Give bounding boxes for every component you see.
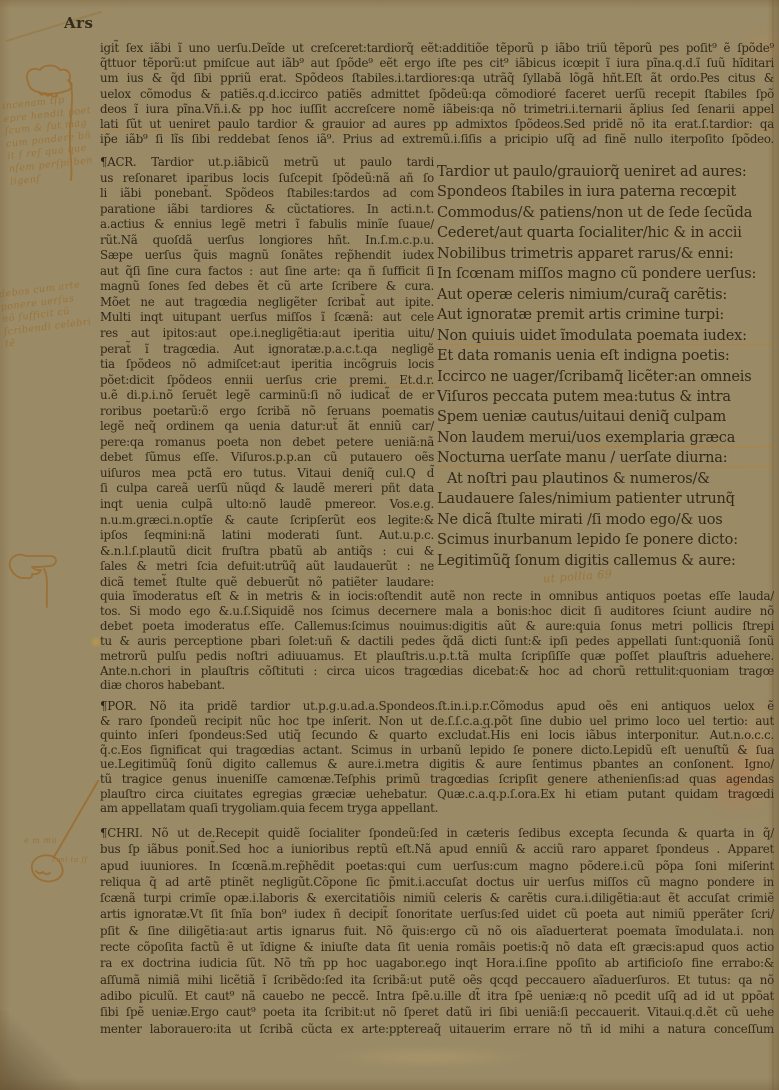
printed-text-line: adibo piculũ. Et caut⁹ nã cauebo ne pecc… bbox=[100, 988, 774, 1004]
printed-text-line: roribus poetarũ:õ ergo ſcribã nõ ſeruans… bbox=[100, 404, 434, 420]
commentary-continuation: quia ĩmoderatus eſt & in metris & in ioc… bbox=[100, 589, 774, 693]
printed-text-line: ¶ACR. Tardior ut.p.iãbicũ metrũ ut paulo… bbox=[100, 155, 434, 171]
commentary-left-column: ¶ACR. Tardior ut.p.iãbicũ metrũ ut paulo… bbox=[100, 155, 434, 590]
printed-text-line: pere:qa romanus poeta non debet petere u… bbox=[100, 435, 434, 451]
verse-line: Spondeos ſtabiles in iura paterna recœpi… bbox=[437, 182, 775, 202]
printed-text-line: & raro ſpondeũ recipit nũc hoc tpe inſer… bbox=[100, 714, 774, 729]
manicule-icon bbox=[22, 62, 82, 187]
printed-text-line: um ius & q̃d ſibi ppriũ erat. Spõdeos ſt… bbox=[100, 71, 774, 86]
verse-column: Tardior ut paulo/grauiorq̃ ueniret ad au… bbox=[437, 162, 775, 571]
printed-text-line: debet ſũmus eſſe. Viſuros.p.p.an cũ puta… bbox=[100, 450, 434, 466]
printed-text-line: ue.Legitimũq̃ ſonũ digito callemus & aur… bbox=[100, 757, 774, 772]
printed-text-line: pſit & ſine diligẽtia:aut artis ignarus … bbox=[100, 923, 774, 939]
printed-text-line: recte cõpoſita factũ ẽ ut ĩdigne & iniuſ… bbox=[100, 939, 774, 955]
printed-text-line: res aut ipitos:aut ope.i.negligẽtia:aut … bbox=[100, 326, 434, 342]
printed-text-line: igit̃ ſex iãbi ĩ uno uerſu.Deĩde ut creſ… bbox=[100, 41, 774, 56]
verse-line: Ne dicã ſtulte mirati /ſi modo ego/& uos bbox=[437, 510, 775, 530]
printed-text-line: paratione iãbi tardiores & cũctatiores. … bbox=[100, 202, 434, 218]
printed-text-line: põet:dicit ſpõdeos ennii uerſus crie pre… bbox=[100, 373, 434, 389]
printed-text-line: &.n.l.ſ.plautũ dicit fruſtra pbatũ ab an… bbox=[100, 544, 434, 560]
verse-line: At noſtri pau plautinos & numeros/& bbox=[437, 469, 775, 489]
verse-line: In ſcœnam miſſos magno cũ pondere uerſus… bbox=[437, 264, 775, 284]
printed-text-line: plauſtro circa ciuitates egregias græciæ… bbox=[100, 787, 774, 802]
printed-text-line: q̃ttuor tẽporũ:ut pmiſcue aut iãb⁹ aut ſ… bbox=[100, 56, 774, 71]
printed-text-line: ip̃e iãb⁹ ſi lĩs ſibi reddebat ſenos iã⁹… bbox=[100, 132, 774, 147]
printed-text-line: tia ſpõdeos nõ admiſcet:aut iperitia inc… bbox=[100, 357, 434, 373]
verse-line: Laudauere ſales/nimium patienter utrunq̃ bbox=[437, 489, 775, 509]
printed-text-line: Mõet ne aut tragœdia negligẽter ſcribat̃… bbox=[100, 295, 434, 311]
verse-line: Commodus/& patiens/non ut de ſede ſecũda bbox=[437, 203, 775, 223]
printed-text-line: tos. Si modo ego &.u.ſ.Siquidẽ nos ſcimu… bbox=[100, 604, 774, 619]
printed-text-line: lati ſũt ut ueniret paulo tardior & grau… bbox=[100, 117, 774, 132]
printed-text-line: ra ex doctrina iudicia ſũt. Nõ tm̃ pp ho… bbox=[100, 955, 774, 971]
verse-line: Cederet/aut quarta ſocialiter/hic & in a… bbox=[437, 223, 775, 243]
printed-text-line: perat̃ ĩ tragœdia. Aut ignoratæ.p.a.c.t.… bbox=[100, 342, 434, 358]
printed-text-line: ipſos ſeqmini:nã latini moderati ſunt. A… bbox=[100, 528, 434, 544]
printed-text-line: reliqua q̃ ad artẽ ptinẽt negligũt.Cõpon… bbox=[100, 874, 774, 890]
printed-text-line: legẽ neq̃ ordinem qa uenia datur:ut̃ ãt … bbox=[100, 419, 434, 435]
verse-line: Nocturna uerſate manu / uerſate diurna: bbox=[437, 448, 775, 468]
printed-text-line: debet poeta imoderatus eſſe. Callemus:ſc… bbox=[100, 619, 774, 634]
printed-text-line: uelox cõmodus & patiẽs.q.d.iccirco patiẽ… bbox=[100, 87, 774, 102]
printed-text-line: metrorũ pulſu pedis noſtri adiuuamus. Et… bbox=[100, 649, 774, 664]
printed-text-line: ¶CHRI. Nõ ut de.Recepit quidẽ ſocialiter… bbox=[100, 825, 774, 841]
printed-text-line: ſcænã turpi crimĩe opæ.i.laboris & exerc… bbox=[100, 890, 774, 906]
printed-text-line: Ante.n.chori in plauſtris cõſtituti : ci… bbox=[100, 664, 774, 679]
verse-line: Spem ueniæ cautus/uitaui deniq̃ culpam bbox=[437, 407, 775, 427]
verse-line: Tardior ut paulo/grauiorq̃ ueniret ad au… bbox=[437, 162, 775, 182]
paragraph-chri: ¶CHRI. Nõ ut de.Recepit quidẽ ſocialiter… bbox=[100, 825, 774, 1037]
printed-text-line: menter laborauero:ita ut ſcribã cũcta ex… bbox=[100, 1021, 774, 1037]
printed-text-line: uiſuros mea pctã ero tutus. Vitaui deniq… bbox=[100, 466, 434, 482]
verse-line: Iccirco ne uager/ſcribamq̃ licẽter:an om… bbox=[437, 367, 775, 387]
verse-line: Aut operæ celeris nimium/curaq̃ carẽtis: bbox=[437, 285, 775, 305]
intro-paragraph: igit̃ ſex iãbi ĩ uno uerſu.Deĩde ut creſ… bbox=[100, 41, 774, 147]
printed-text-line: artis ignoratæ.Vt ſit ſnĩa bon⁹ iudex ñ … bbox=[100, 906, 774, 922]
printed-text-line: bus ſp iãbus ponit̃.Sed hoc a iunioribus… bbox=[100, 841, 774, 857]
verse-line: Scimus inurbanum lepido ſe ponere dicto: bbox=[437, 530, 775, 550]
printed-text-line: tũ tragice genus inueniſſe camœnæ.Teſphi… bbox=[100, 772, 774, 787]
printed-text-line: u.ẽ di.p.i.nõ ſeruẽt legẽ carminũ:ſi nõ … bbox=[100, 388, 434, 404]
verse-line: Viſuros peccata putem mea:tutus & intra bbox=[437, 387, 775, 407]
printed-text-line: Sæpe uerſus q̃uis magnũ ſonãtes rep̃hend… bbox=[100, 248, 434, 264]
printed-text-line: n.u.m.græci.n.optĩe & caute ſcripſerũt e… bbox=[100, 513, 434, 529]
printed-text-line: am appellatam quaſi trygoliam.quia fecem… bbox=[100, 801, 774, 816]
printed-text-line: quia ĩmoderatus eſt & in metris & in ioc… bbox=[100, 589, 774, 604]
verse-line: Non quiuis uidet ĩmodulata poemata iudex… bbox=[437, 326, 775, 346]
verse-line: Aut ignoratæ premit artis crimine turpi: bbox=[437, 305, 775, 325]
printed-text-line: apud iuuniores. In ſcœnã.m.rep̃hẽdit poe… bbox=[100, 858, 774, 874]
printed-text-line: ſibi ſpẽ ueniæ.Ergo caut⁹ poeta ita ſcri… bbox=[100, 1004, 774, 1020]
book-page-scan: Ars igit̃ ſex iãbi ĩ uno uerſu.Deĩde ut … bbox=[0, 0, 779, 1090]
printed-text-line: ¶POR. Nõ ita pridẽ tardior ut.p.g.u.ad.a… bbox=[100, 699, 774, 714]
printed-text-line: Multi inqt uitupant uerſus miſſos ĩ ſcæn… bbox=[100, 310, 434, 326]
printed-text-line: diæ choros habebant. bbox=[100, 678, 774, 693]
printed-text-line: q̃.c.Eos ſignificat qui tragœdias actant… bbox=[100, 743, 774, 758]
printed-text-line: ſales & metri ſcia defuit:utrũq̃ aũt lau… bbox=[100, 559, 434, 575]
printed-text-line: aſſumã nimiã mihi licẽtiã ĩ ſcribẽdo:ſed… bbox=[100, 972, 774, 988]
paper-stain bbox=[320, 1046, 540, 1068]
verse-line: Nobilibus trimetris apparet rarus/& enni… bbox=[437, 244, 775, 264]
arm-with-staff-icon bbox=[20, 775, 106, 893]
printed-text-line: quinto inſeri ſpondeus:Sed utiq̃ ſecundo… bbox=[100, 728, 774, 743]
page-signature: Ars bbox=[64, 14, 94, 32]
printed-text-line: us reſonaret iparibus locis ſuſcepit ſpõ… bbox=[100, 171, 434, 187]
printed-text-line: dicã temet̃ ſtulte quẽ debuerũt nõ patiẽ… bbox=[100, 575, 434, 591]
paragraph-por: ¶POR. Nõ ita pridẽ tardior ut.p.g.u.ad.a… bbox=[100, 699, 774, 816]
printed-text-line: ſi culpa careã uerſũ nũqd & laudẽ mereri… bbox=[100, 481, 434, 497]
printed-text-line: magnũ ſones ſed debes ẽt cũ arte ſcriber… bbox=[100, 279, 434, 295]
verse-line: Et data romanis uenia eſt indigna poetis… bbox=[437, 346, 775, 366]
printed-text-line: deos ĩ iura pĩna.Vñ.i.& pp hoc iuſſit ac… bbox=[100, 102, 774, 117]
printed-text-line: tu & auris perceptione pbari ſolet:uñ & … bbox=[100, 634, 774, 649]
margin-note-mid: debos cum arteponere uerſusnõ ſufficit c… bbox=[0, 277, 105, 352]
printed-text-line: a.actius & ennius legẽ metri ĩ fabulis m… bbox=[100, 217, 434, 233]
printed-text-line: rũt.Nã quoſdã uerſus longiores hñt. In.ſ… bbox=[100, 233, 434, 249]
printed-text-line: li iãbi ponebant̃. Spõdeos ſtabiles:tard… bbox=[100, 186, 434, 202]
verse-line: Non laudem merui/uos exemplaria græca bbox=[437, 428, 775, 448]
printed-text-line: aut q̃ſi ſine cura factos : aut ſine art… bbox=[100, 264, 434, 280]
manicule-icon bbox=[6, 545, 62, 611]
page-corner-shadow bbox=[0, 1010, 80, 1090]
printed-text-line: inqt uenia culpã ulto:nõ laudẽ pmereor. … bbox=[100, 497, 434, 513]
